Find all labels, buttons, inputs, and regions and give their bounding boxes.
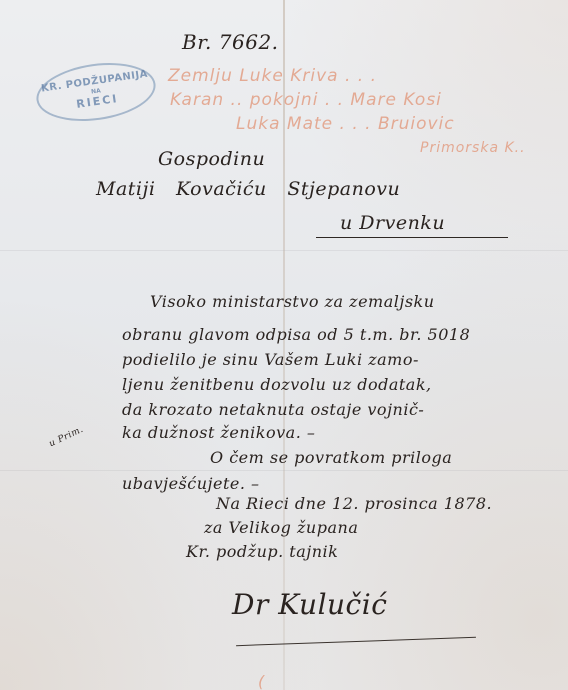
- body-line: ka dužnost ženikova. –: [122, 423, 315, 442]
- addressee-name: Matiji Kovačiću Stjepanovu: [96, 178, 400, 200]
- salutation: Gospodinu: [158, 148, 265, 170]
- closing-on-behalf: za Velikog župana: [204, 518, 358, 537]
- reference-number: Br. 7662.: [182, 30, 279, 54]
- body-line: da krozato netaknuta ostaje vojnič-: [122, 400, 424, 419]
- closing-place-date: Na Rieci dne 12. prosinca 1878.: [216, 494, 492, 513]
- office-stamp: KR. PODŽUPANIJA NA RIECI: [33, 56, 160, 128]
- pencil-note: Zemlju Luke Kriva . . .: [168, 66, 377, 86]
- pencil-note: Primorska K..: [420, 140, 526, 156]
- margin-note: u Prim.: [48, 425, 86, 450]
- body-line: ubavješćujete. –: [122, 474, 260, 493]
- addressee-location: u Drvenku: [340, 212, 445, 234]
- pencil-note: Karan .. pokojni . . Mare Kosi: [170, 90, 442, 110]
- pencil-mark: (: [258, 672, 265, 690]
- signature: Dr Kulučić: [232, 588, 387, 621]
- paper-crease: [0, 470, 568, 471]
- closing-title: Kr. podžup. tajnik: [186, 542, 338, 561]
- signature-underline: [236, 637, 476, 646]
- body-line: Visoko ministarstvo za zemaljsku: [150, 292, 435, 311]
- body-line: ljenu ženitbenu dozvolu uz dodatak,: [122, 375, 432, 394]
- pencil-note: Luka Mate . . . Bruiovic: [236, 114, 455, 134]
- address-underline: [316, 237, 508, 238]
- body-line: obranu glavom odpisa od 5 t.m. br. 5018: [122, 325, 470, 344]
- body-line: podielilo je sinu Vašem Luki zamo-: [122, 350, 419, 369]
- letter-page: Br. 7662. KR. PODŽUPANIJA NA RIECI Zemlj…: [0, 0, 568, 690]
- paper-crease: [0, 250, 568, 251]
- body-line: O čem se povratkom priloga: [210, 448, 452, 467]
